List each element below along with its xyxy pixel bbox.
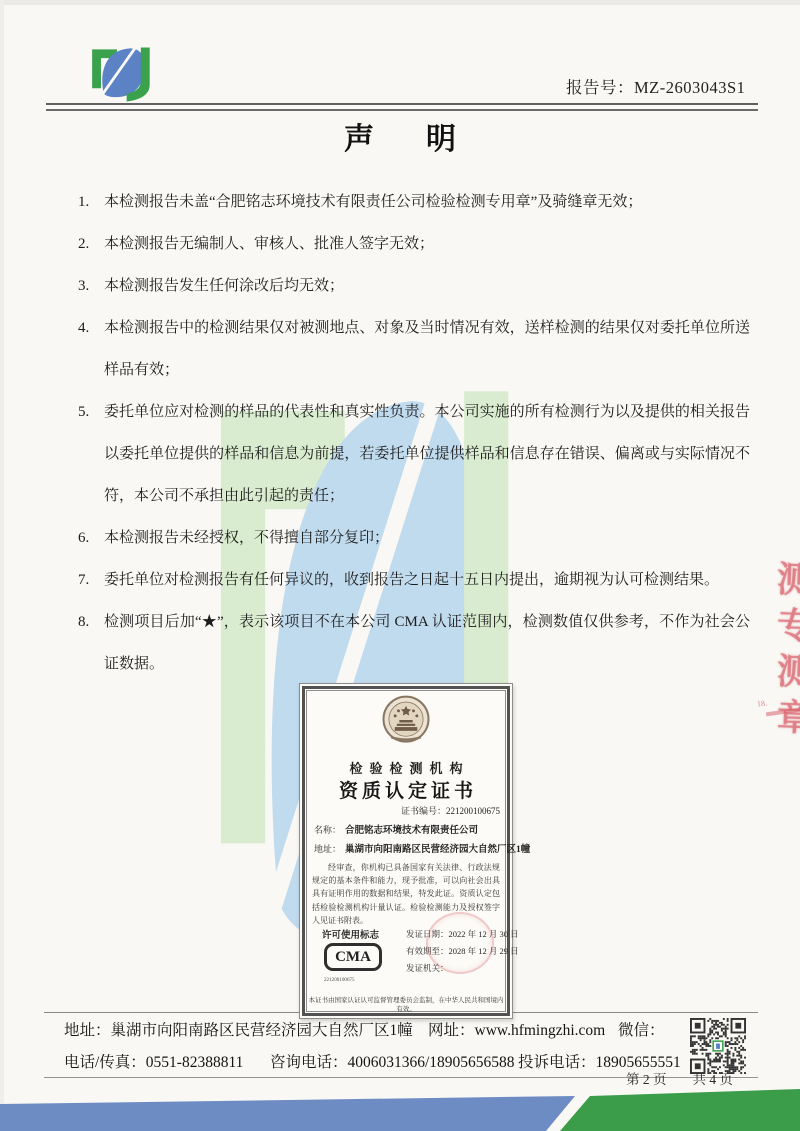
footer-telephone: 电话/传真：0551-82388811: [64, 1050, 243, 1072]
certificate-name-row: 名称：合肥铭志环境技术有限责任公司: [314, 822, 478, 836]
riding-seal-char: 测: [776, 551, 800, 603]
certificate-addr-row: 地址：巢湖市向阳南路区民营经济园大自然厂区1幢: [314, 841, 530, 855]
riding-seal-char: 章: [776, 689, 800, 741]
statement-item: 7.委托单位对检测报告有任何异议的，收到报告之日起十五日内提出，逾期视为认可检测…: [76, 559, 750, 601]
statement-text: 本检测报告未经授权，不得擅自部分复印；: [104, 530, 389, 546]
scan-artifact-left: [0, 0, 4, 1131]
statement-text: 本检测报告无编制人、审核人、批准人签字无效；: [104, 236, 434, 252]
certificate-company-name: 合肥铭志环境技术有限责任公司: [345, 826, 478, 836]
certificate-footnote: 本证书由国家认证认可监督管理委员会监制，在中华人民共和国境内有效。: [306, 995, 506, 1013]
statement-text: 检测项目后加“★”，表示该项目不在本公司 CMA 认证范围内，检测数值仅供参考，…: [104, 614, 750, 672]
company-logo: [84, 44, 172, 106]
report-number-label: 报告号：: [566, 78, 634, 97]
wechat-qr-code: [690, 1018, 746, 1074]
header-divider: [46, 103, 758, 111]
statement-number: 6.: [78, 517, 89, 559]
license-mark-label: 许可使用标志: [322, 927, 379, 941]
footer-address: 地址：巢湖市向阳南路区民营经济园大自然厂区1幢: [64, 1018, 413, 1040]
footer-wechat-label: 微信：: [618, 1018, 665, 1040]
statement-number: 5.: [78, 391, 89, 433]
statement-number: 1.: [78, 181, 89, 223]
statement-text: 本检测报告中的检测结果仅对被测地点、对象及当时情况有效，送样检测的结果仅对委托单…: [104, 320, 750, 378]
riding-seal-char: 专: [776, 597, 800, 649]
statement-text: 本检测报告未盖“合肥铭志环境技术有限责任公司检验检测专用章”及骑缝章无效；: [104, 194, 642, 210]
certificate-heading: 检验检测机构: [300, 758, 512, 777]
certificate-title: 资质认定证书: [300, 776, 512, 803]
riding-seal-number: 18.: [757, 699, 768, 709]
report-number: 报告号：MZ-2603043S1: [566, 74, 745, 98]
green-band: [560, 1089, 800, 1131]
statement-number: 2.: [78, 223, 89, 265]
statement-item: 5.委托单位应对检测的样品的代表性和真实性负责。本公司实施的所有检测行为以及提供…: [76, 391, 750, 517]
cma-certificate: 检验检测机构 资质认定证书 证书编号：221200100675 名称：合肥铭志环…: [299, 683, 513, 1019]
statement-item: 6.本检测报告未经授权，不得擅自部分复印；: [76, 517, 750, 559]
statement-text: 委托单位对检测报告有任何异议的，收到报告之日起十五日内提出，逾期视为认可检测结果…: [104, 572, 719, 588]
statement-text: 本检测报告发生任何涂改后均无效；: [104, 278, 344, 294]
statement-number: 8.: [78, 601, 89, 643]
statement-item: 8.检测项目后加“★”，表示该项目不在本公司 CMA 认证范围内，检测数值仅供参…: [76, 601, 750, 685]
website-url: www.hfmingzhi.com: [475, 1022, 606, 1039]
statement-text: 委托单位应对检测的样品的代表性和真实性负责。本公司实施的所有检测行为以及提供的相…: [104, 404, 750, 504]
report-page: { "header": { "report_no_label": "报告号：",…: [0, 0, 800, 1131]
statements-list: 1.本检测报告未盖“合肥铭志环境技术有限责任公司检验检测专用章”及骑缝章无效；2…: [76, 181, 750, 685]
footer-website: 网址：www.hfmingzhi.com: [428, 1018, 605, 1040]
footer-consult-phone: 咨询电话：4006031366/18905656588: [270, 1050, 515, 1072]
statement-item: 4.本检测报告中的检测结果仅对被测地点、对象及当时情况有效，送样检测的结果仅对委…: [76, 307, 750, 391]
riding-seal-char: 测: [776, 643, 800, 695]
statement-number: 3.: [78, 265, 89, 307]
scan-artifact-top: [0, 0, 800, 5]
cma-mark: CMA: [324, 943, 382, 971]
certificate-company-addr: 巢湖市向阳南路区民营经济园大自然厂区1幢: [345, 845, 530, 855]
statement-item: 3.本检测报告发生任何涂改后均无效；: [76, 265, 750, 307]
bottom-decorative-bands: [0, 1085, 800, 1131]
blue-band: [0, 1096, 575, 1131]
statement-item: 2.本检测报告无编制人、审核人、批准人签字无效；: [76, 223, 750, 265]
statement-item: 1.本检测报告未盖“合肥铭志环境技术有限责任公司检验检测专用章”及骑缝章无效；: [76, 181, 750, 223]
statement-number: 4.: [78, 307, 89, 349]
national-emblem-icon: [381, 692, 431, 748]
statement-number: 7.: [78, 559, 89, 601]
red-stamp-mark: [426, 912, 494, 974]
certificate-number: 证书编号：221200100675: [401, 804, 500, 817]
report-number-value: MZ-2603043S1: [634, 78, 745, 97]
cma-mark-number: 221200100675: [324, 977, 355, 982]
page-title: 声明: [0, 114, 800, 158]
